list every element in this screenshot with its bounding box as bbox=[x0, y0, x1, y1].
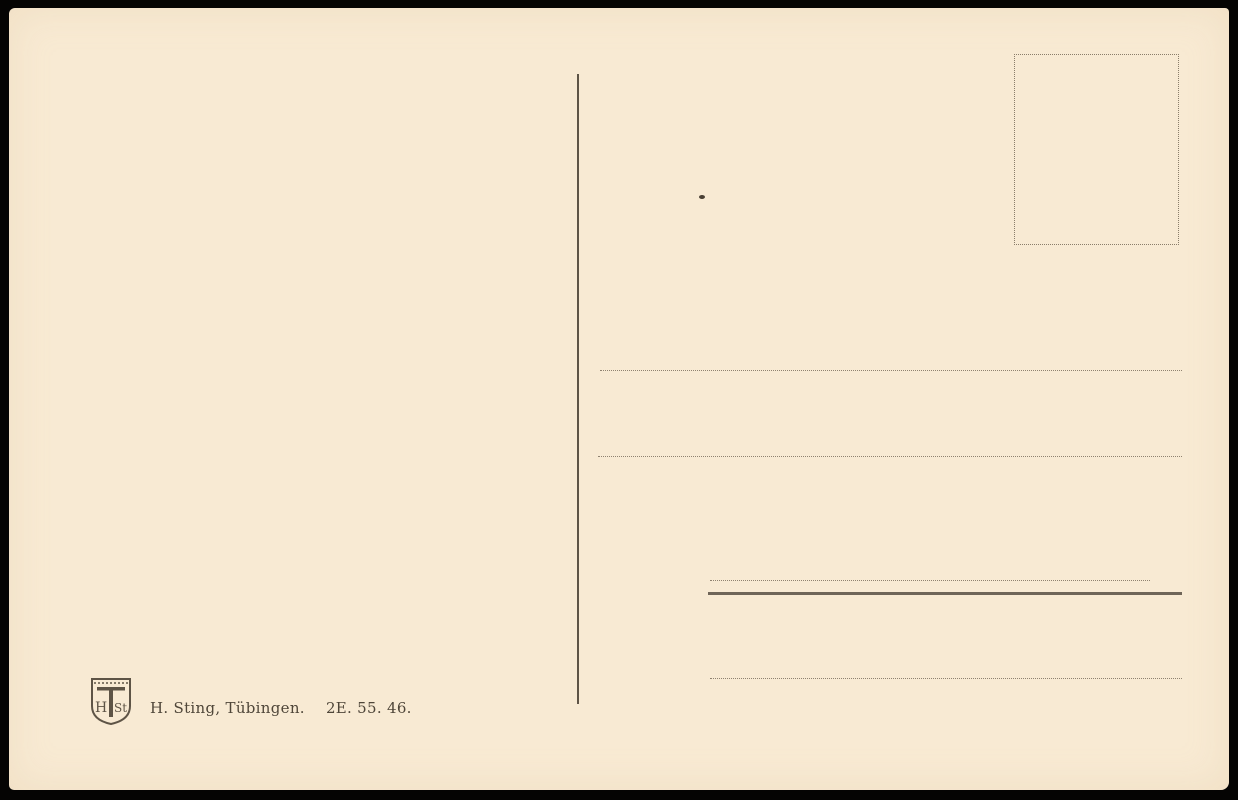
address-line-3 bbox=[710, 580, 1150, 581]
publisher-code: 2E. 55. 46. bbox=[326, 699, 412, 717]
center-divider-line bbox=[577, 74, 579, 704]
stamp-placeholder-box bbox=[1014, 54, 1179, 245]
publisher-imprint: H St H. Sting, Tübingen. 2E. 55. 46. bbox=[90, 676, 428, 726]
address-line-4-solid bbox=[708, 592, 1182, 595]
address-line-2 bbox=[598, 456, 1182, 457]
shield-monogram-icon: H St bbox=[90, 676, 132, 726]
svg-text:H: H bbox=[95, 700, 107, 716]
address-line-5 bbox=[710, 678, 1182, 679]
publisher-name: H. Sting, Tübingen. bbox=[150, 699, 305, 717]
address-line-1 bbox=[600, 370, 1182, 371]
imprint-text: H. Sting, Tübingen. 2E. 55. 46. bbox=[150, 699, 428, 717]
svg-text:St: St bbox=[114, 701, 127, 715]
ink-speck bbox=[699, 195, 705, 199]
